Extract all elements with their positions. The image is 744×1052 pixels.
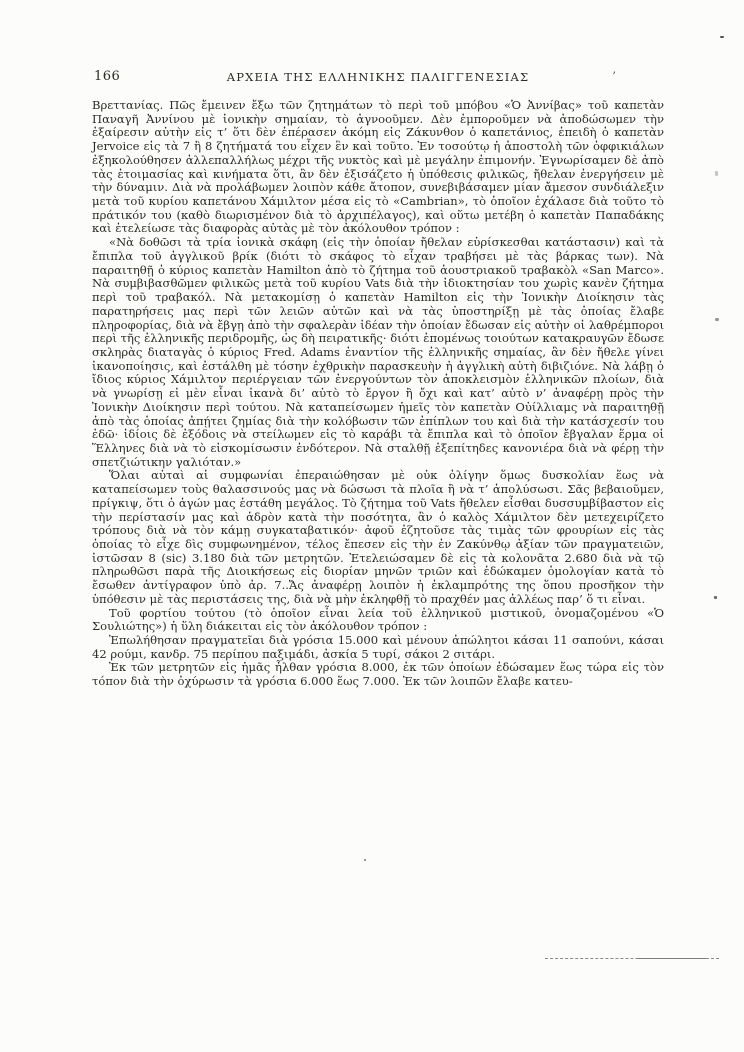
body-paragraph: Βρεττανίας. Πῶς ἔμεινεν ἔξω τῶν ζητημάτω… xyxy=(92,99,664,236)
scanned-book-page: 166 ΑΡΧΕΙΑ ΤΗΣ ΕΛΛΗΝΙΚΗΣ ΠΑΛΙΓΓΕΝΕΣΙΑΣ ʼ… xyxy=(0,0,744,1052)
scan-speck xyxy=(720,36,724,38)
scan-speck xyxy=(364,859,366,861)
scan-speck xyxy=(715,318,719,321)
body-paragraph: Ἐκ τῶν μετρητῶν εἰς ἡμᾶς ἦλθαν γρόσια 8.… xyxy=(92,661,664,688)
scan-speck xyxy=(715,171,718,176)
body-paragraph: Τοῦ φορτίου τούτου (τὸ ὁποῖον εἶναι λεία… xyxy=(92,607,664,634)
page-body-text: Βρεττανίας. Πῶς ἔμεινεν ἔξω τῶν ζητημάτω… xyxy=(92,99,664,689)
header-stray-mark: ʼ xyxy=(612,70,616,83)
scan-speck xyxy=(714,596,717,599)
body-paragraph-quote: «Νὰ δοθῶσι τὰ τρία ἰονικὰ σκάφη (εἰς τὴν… xyxy=(92,236,664,469)
header-title: ΑΡΧΕΙΑ ΤΗΣ ΕΛΛΗΝΙΚΗΣ ΠΑΛΙΓΓΕΝΕΣΙΑΣ xyxy=(92,70,664,84)
scan-artifact-solid-line xyxy=(638,958,706,959)
body-paragraph: Ἐπωλήθησαν πραγματεῖαι διὰ γρόσια 15.000… xyxy=(92,634,664,661)
running-header: 166 ΑΡΧΕΙΑ ΤΗΣ ΕΛΛΗΝΙΚΗΣ ΠΑΛΙΓΓΕΝΕΣΙΑΣ ʼ xyxy=(92,69,664,87)
body-paragraph: Ὅλαι αὐταὶ αἱ συμφωνίαι ἐπεραιώθησαν μὲ … xyxy=(92,469,664,606)
